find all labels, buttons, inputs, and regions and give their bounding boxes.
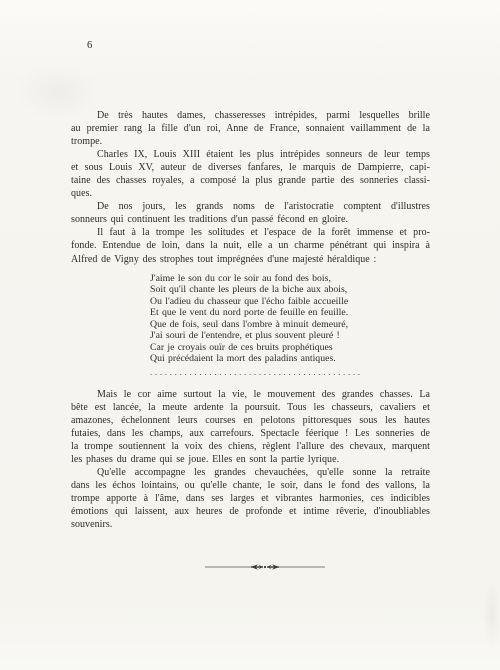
poem-verse-line: J'aime le son du cor le soir au fond des…	[150, 273, 430, 285]
text-line: Mais le cor aime surtout la vie, le mouv…	[71, 388, 430, 401]
text-line: la trompe soutiennent la voix des chiens…	[71, 440, 430, 453]
ornamental-arrow-rule-icon	[205, 562, 325, 572]
text-line: taine des chasses royales, a composé la …	[71, 174, 430, 187]
poem-verse-line: Ou l'adieu du chasseur que l'écho faible…	[150, 296, 430, 308]
text-line: sonneurs qui continuent les traditions d…	[71, 213, 430, 226]
text-line: Il faut à la trompe les solitudes et l'e…	[71, 226, 430, 239]
text-line: trompe.	[71, 135, 430, 148]
paragraph-5: Mais le cor aime surtout la vie, le mouv…	[71, 388, 430, 466]
poem-verse-line: Et que le vent du nord porte de feuille …	[150, 307, 430, 319]
text-line: ques.	[71, 187, 430, 200]
text-line: au premier rang la fille d'un roi, Anne …	[71, 122, 430, 135]
text-line: fonde. Entendue de loin, dans la nuit, e…	[71, 239, 430, 252]
section-divider	[205, 562, 325, 572]
text-line: émotions qui laissent, aux heures de pro…	[71, 505, 430, 518]
poem-verse-line: J'ai souri de l'entendre, et plus souven…	[150, 330, 430, 342]
text-line: dans les échos lointains, ou qu'elle cha…	[71, 479, 430, 492]
text-line: Qu'elle accompagne les grandes chevauché…	[71, 466, 430, 479]
text-line: bête est lancée, la meute ardente la pou…	[71, 401, 430, 414]
paragraph-4: Il faut à la trompe les solitudes et l'e…	[71, 226, 430, 265]
text-line: trompe apporte à l'âme, dans ses larges …	[71, 492, 430, 505]
text-line: amazones, échelonnent leurs courses en p…	[71, 414, 430, 427]
paragraph-3: De nos jours, les grands noms de l'arist…	[71, 200, 430, 226]
poem-verse-line: Qui précédaient la mort des paladins ant…	[150, 353, 430, 365]
poem-verse-line: Car je croyais ouïr de ces bruits prophé…	[150, 342, 430, 354]
poem-verse-line: Que de fois, seul dans l'ombre à minuit …	[150, 319, 430, 331]
poem-blockquote: J'aime le son du cor le soir au fond des…	[150, 273, 430, 377]
text-line: et sous Louis XV, auteur de diverses fan…	[71, 161, 430, 174]
page-number: 6	[87, 40, 93, 51]
text-line: futaies, dans les champs, aux carrefours…	[71, 427, 430, 440]
text-line: De très hautes dames, chasseresses intré…	[71, 109, 430, 122]
text-block: De très hautes dames, chasseresses intré…	[71, 109, 430, 572]
poem-ellipsis-line: . . . . . . . . . . . . . . . . . . . . …	[150, 367, 430, 377]
poem-verse-line: Soit qu'il chante les pleurs de la biche…	[150, 284, 430, 296]
text-line: les phases du drame qui se joue. Elles e…	[71, 453, 430, 466]
paragraph-6: Qu'elle accompagne les grandes chevauché…	[71, 466, 430, 531]
book-page: 6 De très hautes dames, chasseresses int…	[0, 0, 500, 670]
text-line: De nos jours, les grands noms de l'arist…	[71, 200, 430, 213]
paragraph-2: Charles IX, Louis XIII étaient les plus …	[71, 148, 430, 200]
text-line: Charles IX, Louis XIII étaient les plus …	[71, 148, 430, 161]
text-line: souvenirs.	[71, 518, 430, 531]
text-line: Alfred de Vigny des strophes tout imprég…	[71, 253, 430, 266]
paragraph-1: De très hautes dames, chasseresses intré…	[71, 109, 430, 148]
